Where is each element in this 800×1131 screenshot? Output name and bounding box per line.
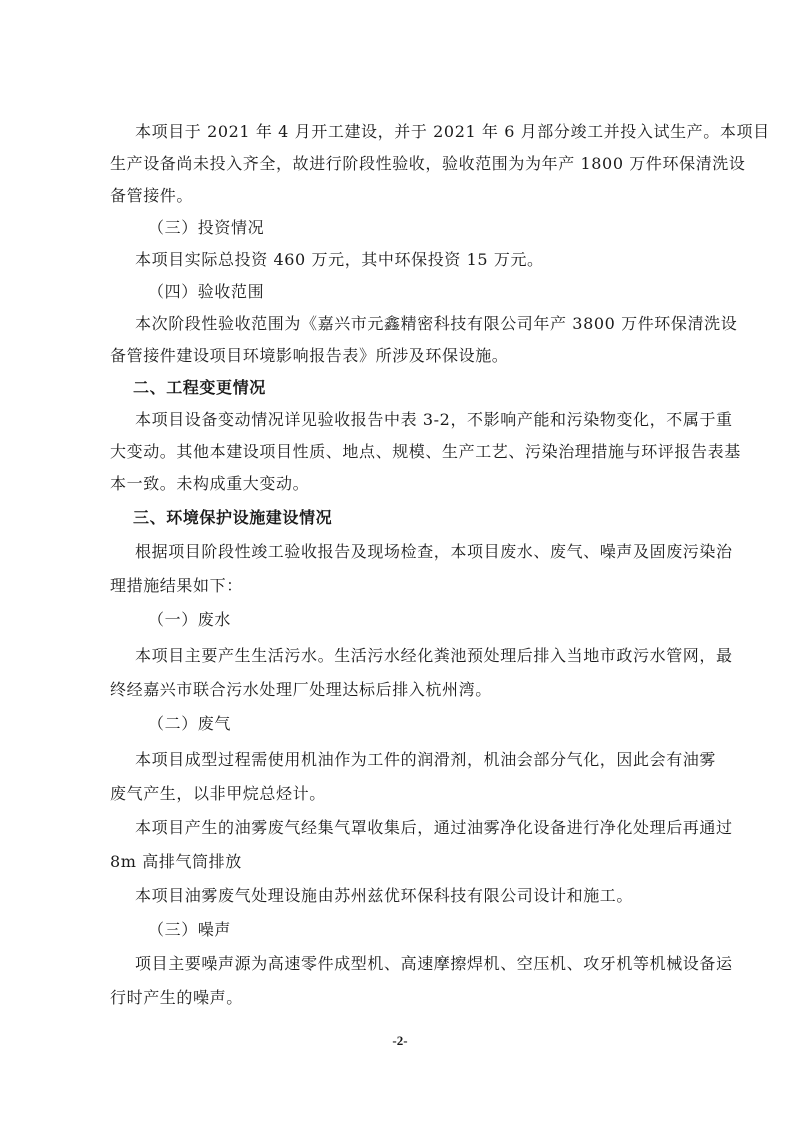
paragraph-line: 大变动。其他本建设项目性质、地点、规模、生产工艺、污染治理措施与环评报告表基 [110, 442, 741, 462]
subsection-heading: （四）验收范围 [148, 282, 264, 302]
paragraph-line: 备管接件建设项目环境影响报告表》所涉及环保设施。 [110, 346, 508, 366]
paragraph-line: 废气产生，以非甲烷总烃计。 [110, 784, 326, 804]
paragraph-line: 备管接件。 [110, 186, 193, 206]
paragraph-line: 本项目油雾废气处理设施由苏州兹优环保科技有限公司设计和施工。 [135, 886, 633, 906]
subsection-heading: （一）废水 [148, 610, 231, 630]
paragraph-line: 根据项目阶段性竣工验收报告及现场检查，本项目废水、废气、噪声及固废污染治 [135, 542, 733, 562]
paragraph-line: 8m 高排气筒排放 [110, 852, 242, 872]
paragraph-line: 本项目成型过程需使用机油作为工件的润滑剂，机油会部分气化，因此会有油雾 [135, 750, 716, 770]
paragraph-line: 理措施结果如下： [110, 576, 243, 596]
subsection-heading: （三）投资情况 [148, 218, 264, 238]
subsection-heading: （三）噪声 [148, 920, 231, 940]
section-heading: 二、工程变更情况 [133, 378, 266, 398]
paragraph-line: 本次阶段性验收范围为《嘉兴市元鑫精密科技有限公司年产 3800 万件环保清洗设 [135, 314, 737, 334]
paragraph-line: 终经嘉兴市联合污水处理厂处理达标后排入杭州湾。 [110, 680, 492, 700]
page-number: -2- [0, 1033, 800, 1049]
paragraph-line: 本项目实际总投资 460 万元，其中环保投资 15 万元。 [135, 250, 544, 270]
paragraph-line: 生产设备尚未投入齐全，故进行阶段性验收，验收范围为为年产 1800 万件环保清洗… [110, 154, 746, 174]
paragraph-line: 项目主要噪声源为高速零件成型机、高速摩擦焊机、空压机、攻牙机等机械设备运 [135, 954, 733, 974]
paragraph-line: 本项目于 2021 年 4 月开工建设，并于 2021 年 6 月部分竣工并投入… [135, 122, 770, 142]
document-page: 本项目于 2021 年 4 月开工建设，并于 2021 年 6 月部分竣工并投入… [0, 0, 800, 1131]
subsection-heading: （二）废气 [148, 714, 231, 734]
paragraph-line: 本项目产生的油雾废气经集气罩收集后，通过油雾净化设备进行净化处理后再通过 [135, 818, 733, 838]
paragraph-line: 本项目主要产生生活污水。生活污水经化粪池预处理后排入当地市政污水管网，最 [135, 646, 733, 666]
paragraph-line: 本一致。未构成重大变动。 [110, 474, 309, 494]
paragraph-line: 本项目设备变动情况详见验收报告中表 3-2，不影响产能和污染物变化，不属于重 [135, 410, 733, 430]
paragraph-line: 行时产生的噪声。 [110, 988, 243, 1008]
section-heading: 三、环境保护设施建设情况 [133, 508, 332, 528]
